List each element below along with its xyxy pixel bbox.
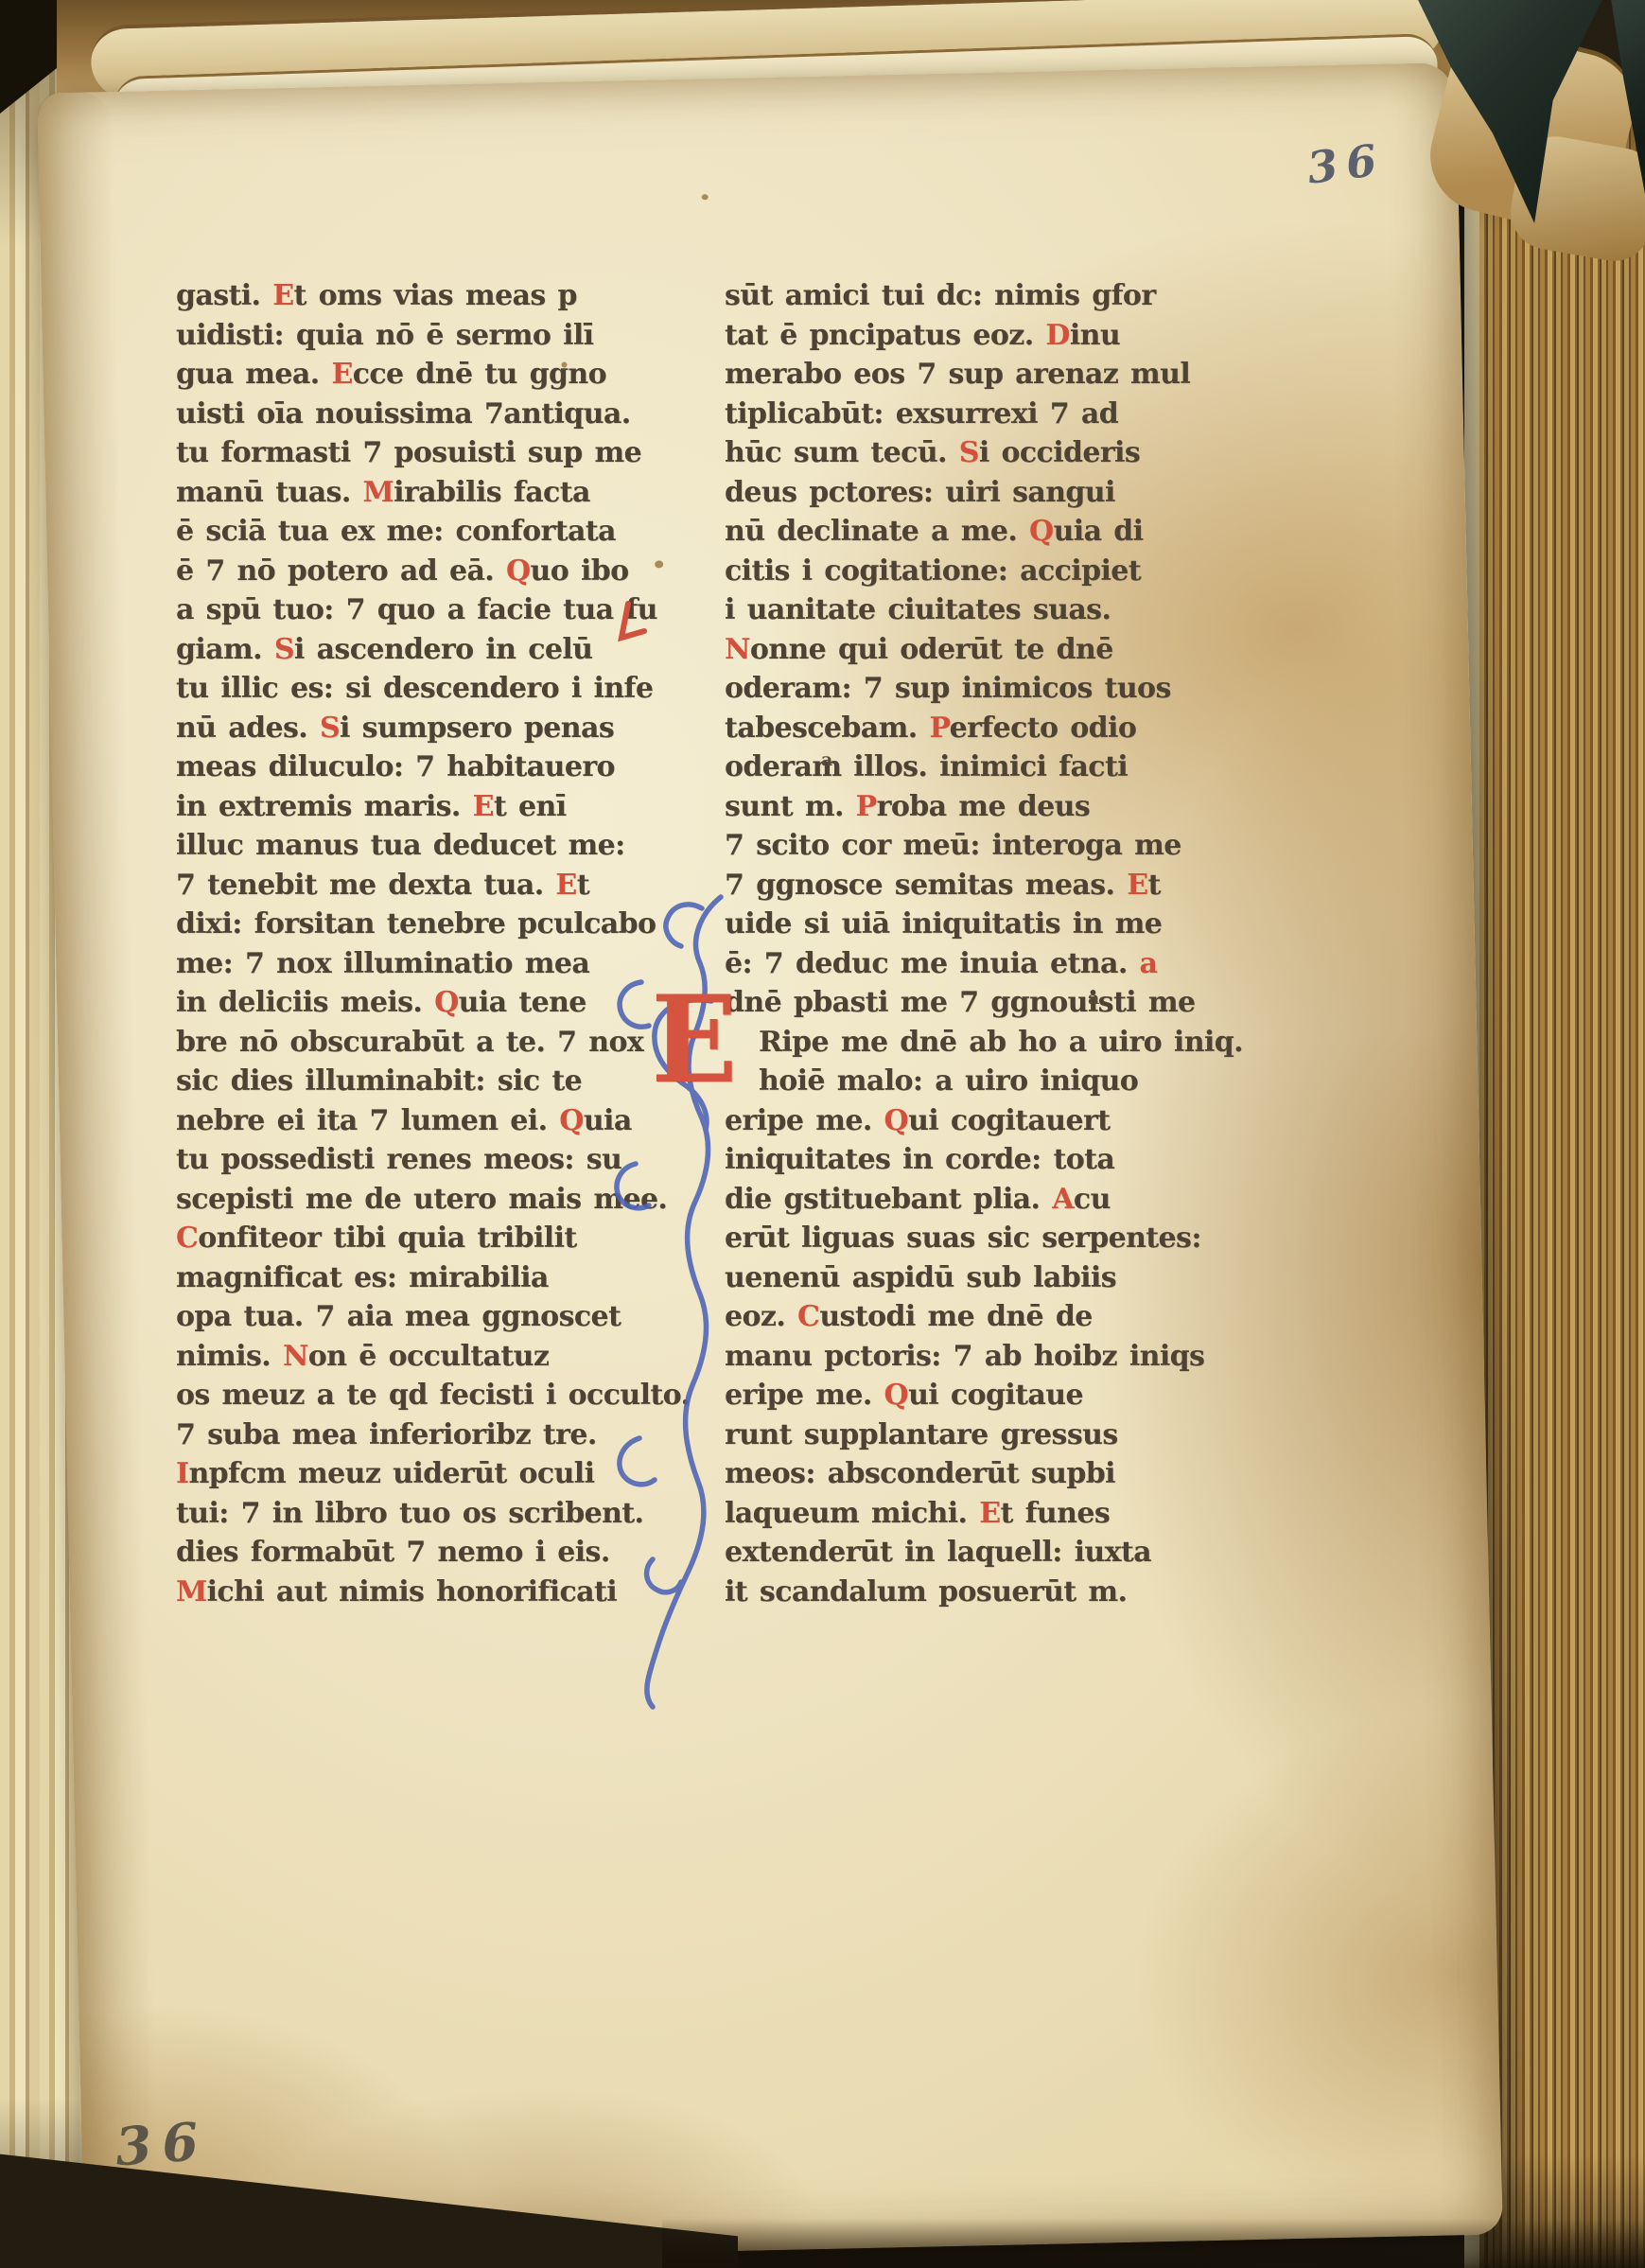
rubricated-initial: E	[473, 790, 494, 823]
text-segment: ustodi me dnē de	[819, 1300, 1092, 1333]
text-line: nimis. Non ē occultatuz	[176, 1337, 690, 1377]
rubricated-initial: E	[331, 358, 352, 391]
left-text-column: gasti. Et oms vias meas puidisti: quia n…	[176, 276, 690, 1611]
text-segment: dnē pbasti me 7 ggnouisti me	[725, 986, 1196, 1019]
text-line: ē 7 nō potero ad eā. Quo ibo	[176, 552, 690, 591]
text-line: Inpfcm meuz uiderūt oculi	[176, 1454, 690, 1494]
text-line: erūt liguas suas sic serpentes:	[725, 1219, 1243, 1258]
text-line: eripe me. Qui cogitauert	[725, 1101, 1243, 1141]
text-line: illuc manus tua deducet me:	[176, 826, 690, 866]
text-segment: npfcm meuz uiderūt oculi	[188, 1457, 594, 1490]
text-segment: tu possedisti renes meos: su	[176, 1143, 621, 1176]
text-segment: nū declinate a me.	[725, 515, 1029, 548]
text-line: tat ē pncipatus eoz. Dinu	[725, 316, 1243, 356]
text-line: extenderūt in laquell: iuxta	[725, 1533, 1243, 1573]
text-segment: sunt m.	[725, 790, 856, 823]
text-segment: oderam illos. inimici facti	[725, 750, 1128, 783]
text-line: magnificat es: mirabilia	[176, 1258, 690, 1298]
text-segment: me: 7 nox illuminatio mea	[176, 947, 589, 980]
text-segment: ē: 7 deduc me inuia etna.	[725, 947, 1140, 980]
text-line: ē sciā tua ex me: confortata	[176, 512, 690, 552]
text-line: 7 scito cor meū: interoga me	[725, 826, 1243, 866]
text-line: tiplicabūt: exsurrexi 7 ad	[725, 395, 1243, 434]
text-segment: ē sciā tua ex me: confortata	[176, 515, 616, 548]
text-segment: bre nō obscurabūt a te. 7 nox	[176, 1026, 643, 1059]
text-segment: iniquitates in corde: tota	[725, 1143, 1114, 1176]
text-line: nū declinate a me. Quia di	[725, 512, 1243, 552]
rubricated-initial: M	[176, 1575, 207, 1609]
text-segment: 7 suba mea inferioribz tre.	[176, 1418, 597, 1451]
text-segment: sūt amici tui dc: nimis gfor	[725, 279, 1156, 312]
text-line: in deliciis meis. Quia tene	[176, 983, 690, 1023]
text-segment: citis i cogitatione: accipiet	[725, 554, 1141, 588]
text-segment: tiplicabūt: exsurrexi 7 ad	[725, 397, 1118, 431]
text-line: bre nō obscurabūt a te. 7 nox	[176, 1023, 690, 1063]
text-segment: in deliciis meis.	[176, 986, 434, 1019]
text-segment: manu pctoris: 7 ab hoibz iniqs	[725, 1340, 1204, 1373]
rubricated-initial: P	[856, 790, 877, 823]
rubricated-initial: C	[176, 1222, 198, 1255]
text-line: dixi: forsitan tenebre pculcabo	[176, 905, 690, 944]
rubricated-initial: A	[1052, 1183, 1074, 1216]
text-segment: onfiteor tibi quia tribilit	[198, 1222, 576, 1255]
text-line: uenenū aspidū sub labiis	[725, 1258, 1243, 1298]
text-line: i uanitate ciuitates suas.	[725, 590, 1243, 630]
text-line: Ripe me dnē ab ho a uiro iniq.	[725, 1023, 1243, 1063]
text-segment: i sumpsero penas	[340, 712, 614, 745]
folio-number-top: 36	[1305, 137, 1388, 190]
text-segment: 7 ggnosce semitas meas.	[725, 869, 1127, 902]
text-line: 7 tenebit me dexta tua. Et	[176, 866, 690, 905]
text-segment: ui cogitauert	[908, 1104, 1110, 1137]
text-segment: scepisti me de utero mais mee.	[176, 1183, 667, 1216]
text-line: hūc sum tecū. Si occideris	[725, 433, 1243, 473]
text-segment: ui cogitaue	[908, 1379, 1083, 1412]
text-segment: on ē occultatuz	[308, 1340, 550, 1373]
text-line: deus pctores: uiri sangui	[725, 473, 1243, 513]
folio-number-bottom-pencil: 36	[114, 2115, 210, 2173]
text-line: tu illic es: si descendero i infe	[176, 669, 690, 709]
rubricated-initial: a	[1140, 947, 1158, 980]
text-segment: cu	[1074, 1183, 1111, 1216]
text-segment: irabilis facta	[394, 476, 590, 509]
text-line: runt supplantare gressus	[725, 1415, 1243, 1455]
rubricated-initial: Q	[884, 1104, 909, 1137]
text-segment: erūt liguas suas sic serpentes:	[725, 1222, 1201, 1255]
text-segment: t	[1147, 869, 1160, 902]
text-line: laqueum michi. Et funes	[725, 1494, 1243, 1534]
rubricated-initial: S	[959, 436, 979, 469]
rubricated-initial: C	[797, 1300, 819, 1333]
text-segment: erfecto odio	[950, 712, 1137, 745]
text-line: Michi aut nimis honorificati	[176, 1573, 690, 1612]
text-segment: hoiē malo: a uiro iniquo	[759, 1064, 1138, 1098]
rubricated-initial: S	[320, 712, 340, 745]
text-segment: in extremis maris.	[176, 790, 473, 823]
text-segment: dixi: forsitan tenebre pculcabo	[176, 907, 656, 941]
text-line: meos: absconderūt supbi	[725, 1454, 1243, 1494]
manuscript-photo: 36 gasti. Et oms vias meas puidisti: qui…	[0, 0, 1645, 2268]
text-segment: i occideris	[979, 436, 1140, 469]
rubricated-initial: Q	[1029, 515, 1054, 548]
text-line: Confiteor tibi quia tribilit	[176, 1219, 690, 1258]
text-line: giam. Si ascendero in celū	[176, 630, 690, 670]
text-line: opa tua. 7 aia mea ggnoscet	[176, 1297, 690, 1337]
rubricated-initial: N	[725, 633, 750, 666]
text-segment: tui: 7 in libro tuo os scribent.	[176, 1497, 643, 1530]
text-line: uide si uiā iniquitatis in me	[725, 905, 1243, 944]
text-segment: giam.	[176, 633, 274, 666]
text-segment: extenderūt in laquell: iuxta	[725, 1536, 1151, 1569]
text-line: 7 suba mea inferioribz tre.	[176, 1415, 690, 1455]
text-line: 7 ggnosce semitas meas. Et	[725, 866, 1243, 905]
text-segment: nebre ei ita 7 lumen ei.	[176, 1104, 559, 1137]
text-segment: oderam: 7 sup inimicos tuos	[725, 672, 1171, 705]
text-segment: inu	[1070, 319, 1120, 352]
text-segment: uia tene	[459, 986, 586, 1019]
text-line: eoz. Custodi me dnē de	[725, 1297, 1243, 1337]
rubricated-initial: Q	[506, 554, 531, 588]
text-segment: deus pctores: uiri sangui	[725, 476, 1115, 509]
rubricated-initial: E	[272, 279, 293, 312]
text-segment: roba me deus	[877, 790, 1091, 823]
text-segment: eripe me.	[725, 1379, 884, 1412]
rubricated-initial: E	[1127, 869, 1147, 902]
text-segment: i ascendero in celū	[294, 633, 592, 666]
text-segment: uidisti: quia nō ē sermo ilī	[176, 319, 593, 352]
text-line: manu pctoris: 7 ab hoibz iniqs	[725, 1337, 1243, 1377]
rubricated-initial: Q	[559, 1104, 584, 1137]
ink-speck	[702, 194, 709, 200]
text-segment: tu illic es: si descendero i infe	[176, 672, 653, 705]
rubricated-initial: Q	[884, 1379, 909, 1412]
text-segment: i uanitate ciuitates suas.	[725, 593, 1111, 626]
text-segment: ē 7 nō potero ad eā.	[176, 554, 506, 588]
text-line: iniquitates in corde: tota	[725, 1140, 1243, 1180]
text-line: sunt m. Proba me deus	[725, 787, 1243, 827]
text-line: uisti oīa nouissima 7antiqua.	[176, 395, 690, 434]
text-segment: runt supplantare gressus	[725, 1418, 1118, 1451]
text-segment: cce dnē tu ggno	[353, 358, 606, 391]
text-segment: eoz.	[725, 1300, 797, 1333]
book-fore-edge	[1472, 91, 1645, 2268]
text-line: a spū tuo: 7 quo a facie tua fu	[176, 590, 690, 630]
rubricated-initial: Q	[434, 986, 459, 1019]
text-segment: magnificat es: mirabilia	[176, 1261, 549, 1294]
superscript-correction: a	[821, 751, 832, 769]
text-segment: dies formabūt 7 nemo i eis.	[176, 1536, 610, 1569]
rubricated-initial: N	[283, 1340, 308, 1373]
text-segment: tabescebam.	[725, 712, 929, 745]
right-text-column: sūt amici tui dc: nimis gfortat ē pncipa…	[725, 276, 1243, 1611]
text-segment: tu formasti 7 posuisti sup me	[176, 436, 641, 469]
text-segment: t	[577, 869, 589, 902]
text-line: gasti. Et oms vias meas p	[176, 276, 690, 316]
text-segment: 7 scito cor meū: interoga me	[725, 829, 1181, 862]
text-segment: uisti oīa nouissima 7antiqua.	[176, 397, 631, 431]
text-segment: meos: absconderūt supbi	[725, 1457, 1115, 1490]
text-line: tu possedisti renes meos: su	[176, 1140, 690, 1180]
text-segment: ichi aut nimis honorificati	[207, 1575, 617, 1609]
text-line: gua mea. Ecce dnē tu ggno	[176, 355, 690, 395]
rubricated-initial: I	[176, 1457, 188, 1490]
rubricated-initial: P	[929, 712, 949, 745]
text-segment: uo ibo	[531, 554, 629, 588]
text-segment: eripe me.	[725, 1104, 884, 1137]
text-line: oderam: 7 sup inimicos tuos	[725, 669, 1243, 709]
text-line: merabo eos 7 sup arenaz mul	[725, 355, 1243, 395]
text-segment: hūc sum tecū.	[725, 436, 959, 469]
text-line: uidisti: quia nō ē sermo ilī	[176, 316, 690, 356]
text-segment: onne qui oderūt te dnē	[750, 633, 1113, 666]
text-segment: nimis.	[176, 1340, 283, 1373]
text-segment: nū ades.	[176, 712, 320, 745]
text-line: in extremis maris. Et enī	[176, 787, 690, 827]
text-segment: opa tua. 7 aia mea ggnoscet	[176, 1300, 621, 1333]
text-line: dnē pbasti me 7 ggnouisti me	[725, 983, 1243, 1023]
text-segment: die gstituebant plia.	[725, 1183, 1052, 1216]
text-line: scepisti me de utero mais mee.	[176, 1180, 690, 1220]
text-line: citis i cogitatione: accipiet	[725, 552, 1243, 591]
text-segment: uia	[584, 1104, 632, 1137]
text-segment: uenenū aspidū sub labiis	[725, 1261, 1116, 1294]
text-line: tu formasti 7 posuisti sup me	[176, 433, 690, 473]
text-line: meas diluculo: 7 habitauero	[176, 747, 690, 787]
text-segment: it scandalum posuerūt m.	[725, 1575, 1127, 1609]
text-segment: meas diluculo: 7 habitauero	[176, 750, 615, 783]
text-segment: uide si uiā iniquitatis in me	[725, 907, 1162, 941]
text-line: os meuz a te qd fecisti i occulto.	[176, 1376, 690, 1415]
text-line: die gstituebant plia. Acu	[725, 1180, 1243, 1220]
text-line: sūt amici tui dc: nimis gfor	[725, 276, 1243, 316]
text-segment: a spū tuo: 7 quo a facie tua fu	[176, 593, 657, 626]
drop-cap-initial: E	[651, 980, 737, 1099]
text-line: manū tuas. Mirabilis facta	[176, 473, 690, 513]
text-line: tabescebam. Perfecto odio	[725, 709, 1243, 748]
text-segment: sic dies illuminabit: sic te	[176, 1064, 582, 1098]
bottom-shadow	[662, 2219, 1645, 2268]
text-line: sic dies illuminabit: sic te	[176, 1062, 690, 1101]
rubricated-initial: E	[555, 869, 576, 902]
text-segment: Ripe me dnē ab ho a uiro iniq.	[759, 1026, 1243, 1059]
superscript-correction: a	[1088, 990, 1099, 1008]
text-line: nebre ei ita 7 lumen ei. Quia	[176, 1101, 690, 1141]
text-line: nū ades. Si sumpsero penas	[176, 709, 690, 748]
rubricated-initial: S	[274, 633, 294, 666]
text-line: dies formabūt 7 nemo i eis.	[176, 1533, 690, 1573]
text-segment: gasti.	[176, 279, 272, 312]
text-line: tui: 7 in libro tuo os scribent.	[176, 1494, 690, 1534]
text-segment: 7 tenebit me dexta tua.	[176, 869, 555, 902]
text-segment: t funes	[1001, 1497, 1111, 1530]
text-line: ē: 7 deduc me inuia etna. a	[725, 944, 1243, 984]
text-line: eripe me. Qui cogitaue	[725, 1376, 1243, 1415]
rubricated-initial: E	[979, 1497, 1000, 1530]
text-line: Nonne qui oderūt te dnē	[725, 630, 1243, 670]
text-line: it scandalum posuerūt m.	[725, 1573, 1243, 1612]
text-line: oderam illos. inimici facti	[725, 747, 1243, 787]
text-segment: t oms vias meas p	[294, 279, 577, 312]
text-segment: manū tuas.	[176, 476, 363, 509]
rubricated-initial: D	[1045, 319, 1069, 352]
text-line: me: 7 nox illuminatio mea	[176, 944, 690, 984]
text-segment: illuc manus tua deducet me:	[176, 829, 625, 862]
text-segment: os meuz a te qd fecisti i occulto.	[176, 1379, 690, 1412]
text-segment: gua mea.	[176, 358, 331, 391]
text-segment: t enī	[494, 790, 567, 823]
text-segment: uia di	[1054, 515, 1144, 548]
text-segment: tat ē pncipatus eoz.	[725, 319, 1045, 352]
text-line: hoiē malo: a uiro iniquo	[725, 1062, 1243, 1101]
text-segment: laqueum michi.	[725, 1497, 979, 1530]
text-segment: merabo eos 7 sup arenaz mul	[725, 358, 1190, 391]
rubricated-initial: M	[363, 476, 394, 509]
